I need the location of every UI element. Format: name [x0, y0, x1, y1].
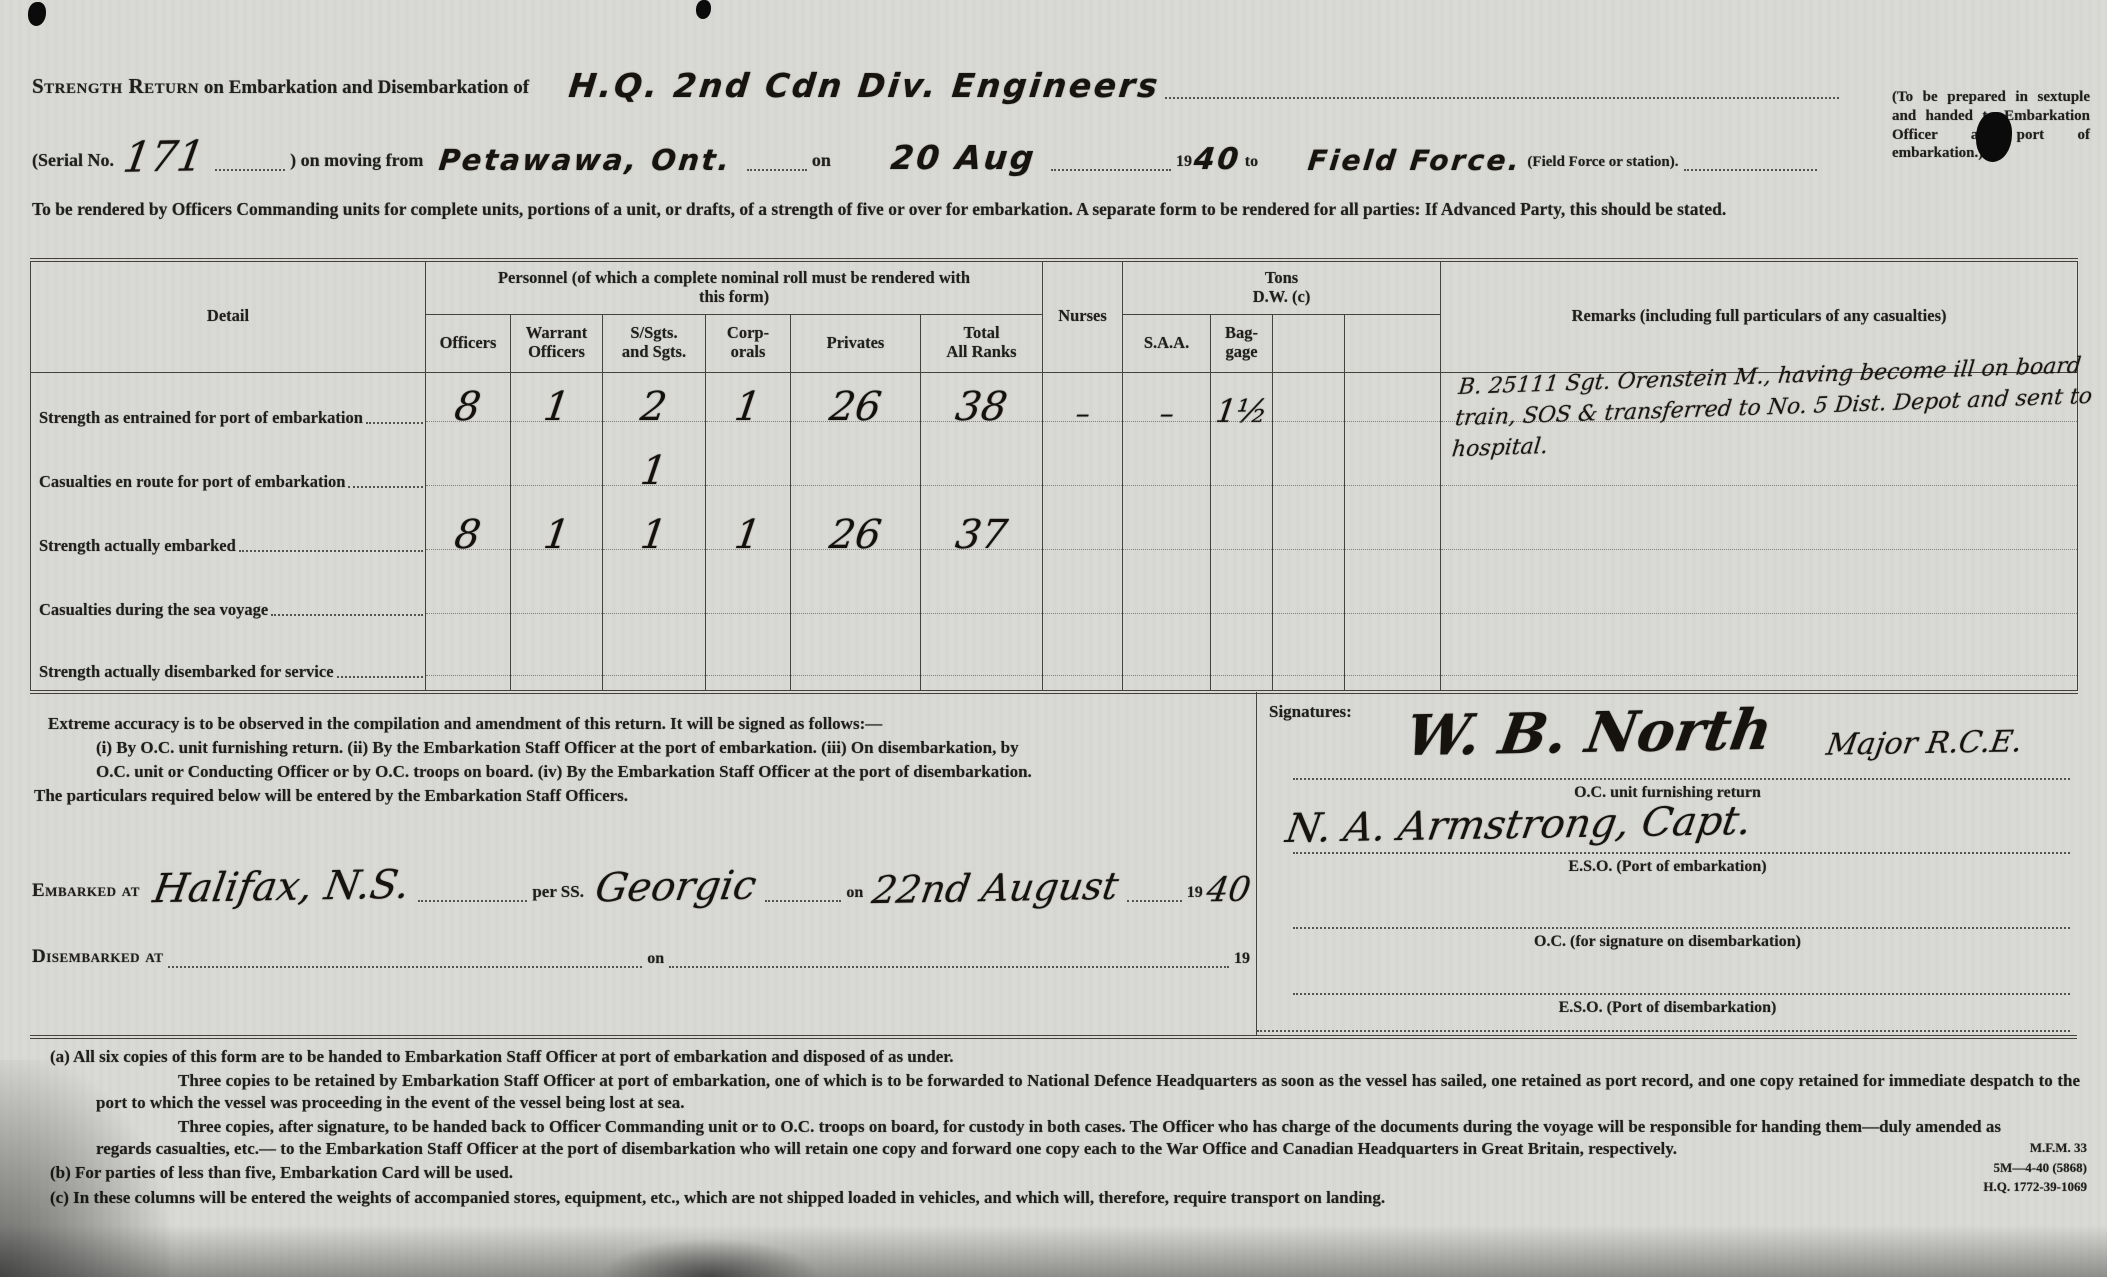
form-title-rest: on Embarkation and Disembarkation of [204, 77, 529, 98]
cell-tons-blank-1 [1273, 628, 1345, 692]
disembarked-at-label: Disembarked at [32, 946, 163, 968]
accuracy-line-1: Extreme accuracy is to be observed in th… [34, 712, 1249, 736]
footnotes: (a) All six copies of this form are to b… [34, 1046, 2080, 1211]
col-group-personnel: Personnel (of which a complete nominal r… [426, 260, 1043, 314]
label-dots [366, 422, 423, 424]
form-title: Strength Return on Embarkation and Disem… [32, 74, 529, 99]
cell-tons-blank-2 [1345, 500, 1441, 564]
form-title-line: Strength Return on Embarkation and Disem… [32, 66, 1844, 99]
col-header-corporals: Corp- orals [706, 314, 791, 372]
cell-nurses [1043, 628, 1123, 692]
date-dots [1051, 169, 1171, 171]
cell-saa [1123, 628, 1211, 692]
col-header-detail: Detail [31, 260, 426, 372]
cell-saa: – [1157, 397, 1176, 430]
cell-tons-blank-2 [1345, 628, 1441, 692]
cell-tons-blank-2 [1345, 436, 1441, 500]
print-ref-3: H.Q. 1772-39-1069 [1832, 1177, 2087, 1197]
eso-embark-signature: N. A. Armstrong, Capt. [1283, 798, 1755, 852]
strength-table: Detail Personnel (of which a complete no… [30, 258, 2077, 694]
cell-privates [791, 628, 921, 692]
embark-date-dots [1127, 900, 1182, 902]
destination-value: Field Force. [1306, 144, 1523, 177]
embark-year-printed: 19 [1187, 884, 1203, 902]
footnote-c: (c) In these columns will be entered the… [34, 1187, 2080, 1209]
accuracy-line-4: The particulars required below will be e… [34, 784, 1249, 808]
to-label: to [1245, 153, 1258, 171]
embark-date-value: 22nd August [869, 864, 1121, 912]
cell-saa [1123, 436, 1211, 500]
cell-nurses: – [1073, 397, 1092, 430]
year-value: 40 [1192, 142, 1242, 177]
cell-sgts: 1 [638, 448, 670, 494]
cell-saa [1123, 564, 1211, 628]
cell-nurses [1043, 564, 1123, 628]
cell-corporals [706, 564, 791, 628]
col-header-total-all-ranks: Total All Ranks [921, 314, 1043, 372]
bottom-signature-line [1257, 1030, 2070, 1032]
cell-sgts: 2 [638, 384, 670, 430]
eso-embark-role-label: E.S.O. (Port of embarkation) [1257, 858, 2078, 876]
cell-baggage [1211, 500, 1273, 564]
cell-nurses [1043, 436, 1123, 500]
oc-signature-line [1293, 778, 2070, 780]
accuracy-line-3: O.C. unit or Conducting Officer or by O.… [34, 760, 1249, 784]
table-row-strength-disembarked: Strength actually disembarked for servic… [31, 628, 2078, 692]
ship-name-value: Georgic [592, 863, 759, 912]
row-label: Strength as entrained for port of embark… [39, 408, 363, 428]
col-header-tons-blank-2 [1345, 314, 1441, 372]
disembarked-line: Disembarked at on 19 [32, 928, 1250, 968]
oc-disembark-role-label: O.C. (for signature on disembarkation) [1257, 933, 2078, 951]
render-instructions: To be rendered by Officers Commanding un… [32, 198, 1822, 221]
form-title-smallcaps: Strength Return [32, 74, 199, 98]
moving-date-value: 20 Aug [889, 138, 1038, 177]
row-label: Strength actually disembarked for servic… [39, 662, 334, 682]
eso-disembark-signature-line [1293, 993, 2070, 995]
cell-total: 37 [953, 512, 1010, 558]
destination-hint: (Field Force or station). [1527, 154, 1678, 171]
cell-corporals: 1 [732, 384, 764, 430]
cell-remarks [1441, 628, 2078, 692]
cell-total [921, 628, 1043, 692]
label-dots [348, 486, 423, 488]
footnote-a-sub-2: Three copies, after signature, to be han… [34, 1116, 2001, 1160]
cell-privates: 26 [827, 384, 884, 430]
col-group-tons-dw: Tons D.W. (c) [1123, 260, 1441, 314]
disembark-place-dots [168, 966, 642, 968]
year-printed: 19 [1176, 153, 1192, 171]
label-dots [239, 550, 423, 552]
serial-line: (Serial No. 171 ) on moving from Petawaw… [32, 132, 1822, 171]
cell-total: 38 [953, 384, 1010, 430]
serial-label: (Serial No. [32, 150, 114, 171]
signatures-panel: Signatures: W. B. North Major R.C.E. O.C… [1256, 692, 2078, 1035]
disembark-year-printed: 19 [1234, 950, 1250, 968]
cell-total [921, 564, 1043, 628]
cell-officers: 8 [452, 512, 484, 558]
cell-nurses [1043, 500, 1123, 564]
cell-corporals: 1 [732, 512, 764, 558]
cell-tons-blank-1 [1273, 372, 1345, 436]
from-dots [747, 169, 807, 171]
scan-shadow-bottom [0, 1225, 2107, 1277]
serial-value: 171 [120, 131, 208, 181]
col-header-saa: S.A.A. [1123, 314, 1211, 372]
row-label: Strength actually embarked [39, 536, 236, 556]
strength-table-grid: Detail Personnel (of which a complete no… [30, 258, 2078, 694]
col-header-privates: Privates [791, 314, 921, 372]
cell-warrant [511, 564, 603, 628]
table-row-casualties-sea-voyage: Casualties during the sea voyage [31, 564, 2078, 628]
cell-sgts [603, 564, 706, 628]
cell-baggage [1211, 564, 1273, 628]
eso-embark-signature-line [1293, 852, 2070, 854]
cell-corporals [706, 628, 791, 692]
embarked-line: Embarked at Halifax, N.S. per SS. Georgi… [32, 842, 1250, 902]
embark-on-label: on [846, 884, 863, 902]
embark-place-dots [418, 900, 528, 902]
embark-year-value: 40 [1204, 870, 1254, 911]
cell-tons-blank-1 [1273, 564, 1345, 628]
per-ss-label: per SS. [532, 882, 584, 902]
label-dots [337, 676, 423, 678]
print-reference-block: M.F.M. 33 5M—4-40 (5868) H.Q. 1772-39-10… [1832, 1138, 2087, 1197]
oc-disembark-signature-line [1293, 927, 2070, 929]
cell-privates: 26 [827, 512, 884, 558]
col-header-officers: Officers [426, 314, 511, 372]
footnote-a-sub-1: Three copies to be retained by Embarkati… [34, 1070, 2080, 1114]
cell-remarks [1441, 564, 2078, 628]
cell-baggage [1211, 436, 1273, 500]
col-header-nurses: Nurses [1043, 260, 1123, 372]
col-header-tons-blank-1 [1273, 314, 1345, 372]
disembark-date-dots [669, 966, 1229, 968]
disembark-on-label: on [647, 950, 664, 968]
signatures-label: Signatures: [1269, 702, 1352, 722]
moving-from-value: Petawawa, Ont. [438, 143, 734, 177]
cell-remarks [1441, 500, 2078, 564]
dest-dots [1684, 169, 1818, 171]
cell-tons-blank-1 [1273, 436, 1345, 500]
label-dots [271, 614, 423, 616]
cell-tons-blank-2 [1345, 564, 1441, 628]
row-label: Casualties en route for port of embarkat… [39, 472, 345, 492]
footnotes-divider [30, 1035, 2077, 1039]
accuracy-paragraph: Extreme accuracy is to be observed in th… [34, 712, 1249, 809]
cell-privates [791, 564, 921, 628]
accuracy-line-2: (i) By O.C. unit furnishing return. (ii)… [34, 736, 1249, 760]
row-label: Casualties during the sea voyage [39, 600, 268, 620]
scan-smudge-bottom [600, 1238, 820, 1277]
cell-officers [426, 628, 511, 692]
moving-from-label: ) on moving from [290, 150, 423, 171]
cell-officers: 8 [452, 384, 484, 430]
cell-saa [1123, 500, 1211, 564]
eso-disembark-role-label: E.S.O. (Port of disembarkation) [1257, 999, 2078, 1017]
col-header-warrant-officers: Warrant Officers [511, 314, 603, 372]
cell-tons-blank-2 [1345, 372, 1441, 436]
print-ref-1: M.F.M. 33 [1832, 1138, 2087, 1158]
embarked-at-label: Embarked at [32, 880, 140, 902]
cell-baggage: 1½ [1213, 392, 1270, 430]
ship-dots [765, 900, 842, 902]
cell-sgts [603, 628, 706, 692]
moved-on-label: on [812, 150, 831, 171]
oc-signature: W. B. North [1401, 697, 1777, 769]
cell-warrant: 1 [541, 384, 573, 430]
oc-signature-rank: Major R.C.E. [1824, 724, 2025, 762]
table-row-strength-embarked: Strength actually embarked 8 1 1 1 26 37 [31, 500, 2078, 564]
cell-warrant: 1 [541, 512, 573, 558]
cell-warrant [511, 628, 603, 692]
unit-name-value: H.Q. 2nd Cdn Div. Engineers [567, 66, 1162, 105]
print-ref-2: 5M—4-40 (5868) [1832, 1158, 2087, 1178]
title-dotted-line [1165, 97, 1839, 99]
serial-dots [215, 169, 285, 171]
cell-officers [426, 564, 511, 628]
cell-tons-blank-1 [1273, 500, 1345, 564]
cell-baggage [1211, 628, 1273, 692]
embarked-place-value: Halifax, N.S. [150, 862, 413, 912]
col-header-baggage: Bag- gage [1211, 314, 1273, 372]
footnote-b: (b) For parties of less than five, Embar… [34, 1162, 2080, 1184]
footnote-a: (a) All six copies of this form are to b… [34, 1046, 2080, 1068]
cell-sgts: 1 [638, 512, 670, 558]
col-header-sgts: S/Sgts. and Sgts. [603, 314, 706, 372]
